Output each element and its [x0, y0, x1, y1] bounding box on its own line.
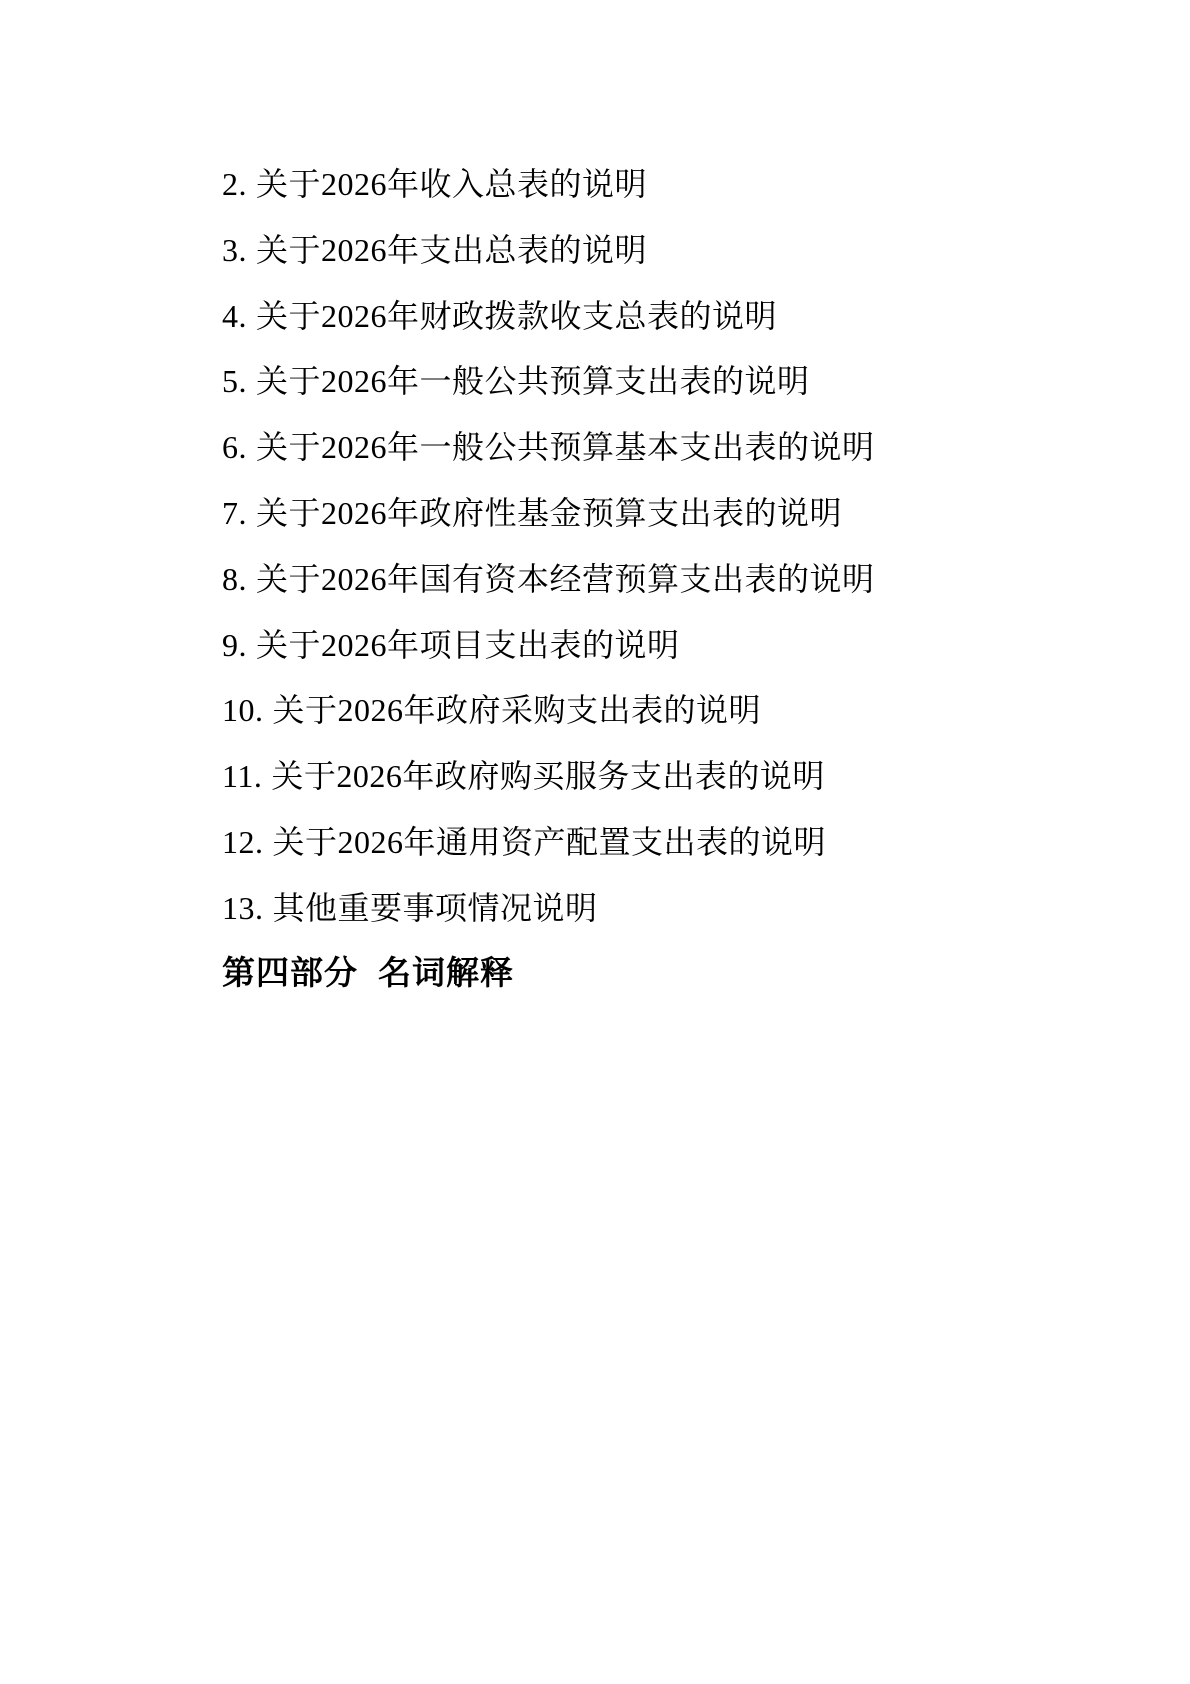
section-heading-part: 第四部分 — [222, 956, 358, 992]
toc-item-number: 6. — [222, 415, 247, 481]
toc-content: 2.关于2026年收入总表的说明 3.关于2026年支出总表的说明 4.关于20… — [222, 152, 1130, 1007]
toc-item-number: 11. — [222, 744, 262, 810]
toc-item-number: 12. — [222, 810, 264, 876]
toc-item-number: 7. — [222, 481, 247, 547]
toc-item-label: 关于2026年政府性基金预算支出表的说明 — [256, 481, 842, 547]
toc-item: 8.关于2026年国有资本经营预算支出表的说明 — [222, 547, 1130, 613]
toc-item-label: 关于2026年项目支出表的说明 — [256, 613, 680, 679]
document-page: 2.关于2026年收入总表的说明 3.关于2026年支出总表的说明 4.关于20… — [0, 0, 1190, 1684]
toc-item-label: 关于2026年一般公共预算基本支出表的说明 — [256, 415, 875, 481]
toc-item-label: 关于2026年国有资本经营预算支出表的说明 — [256, 547, 875, 613]
toc-item: 3.关于2026年支出总表的说明 — [222, 218, 1130, 284]
toc-item-number: 13. — [222, 876, 264, 942]
toc-item-label: 关于2026年支出总表的说明 — [256, 218, 647, 284]
toc-item-number: 9. — [222, 613, 247, 679]
toc-item-label: 关于2026年财政拨款收支总表的说明 — [256, 284, 777, 350]
toc-item-number: 8. — [222, 547, 247, 613]
toc-item: 12.关于2026年通用资产配置支出表的说明 — [222, 810, 1130, 876]
toc-item: 10.关于2026年政府采购支出表的说明 — [222, 678, 1130, 744]
toc-item: 11.关于2026年政府购买服务支出表的说明 — [222, 744, 1130, 810]
toc-item-number: 5. — [222, 349, 247, 415]
toc-item-number: 3. — [222, 218, 247, 284]
toc-item-label: 关于2026年一般公共预算支出表的说明 — [256, 349, 810, 415]
toc-item: 6.关于2026年一般公共预算基本支出表的说明 — [222, 415, 1130, 481]
toc-item-number: 2. — [222, 152, 247, 218]
section-heading-title: 名词解释 — [378, 942, 514, 1008]
toc-item: 13.其他重要事项情况说明 — [222, 876, 1130, 942]
toc-item-label: 关于2026年政府购买服务支出表的说明 — [271, 744, 825, 810]
toc-item-label: 其他重要事项情况说明 — [273, 876, 598, 942]
toc-item-label: 关于2026年政府采购支出表的说明 — [273, 678, 762, 744]
toc-item: 7.关于2026年政府性基金预算支出表的说明 — [222, 481, 1130, 547]
toc-item-number: 10. — [222, 678, 264, 744]
section-heading: 第四部分名词解释 — [222, 942, 1130, 1008]
toc-item-label: 关于2026年收入总表的说明 — [256, 152, 647, 218]
toc-item-number: 4. — [222, 284, 247, 350]
toc-item: 5.关于2026年一般公共预算支出表的说明 — [222, 349, 1130, 415]
toc-item: 4.关于2026年财政拨款收支总表的说明 — [222, 284, 1130, 350]
toc-item: 2.关于2026年收入总表的说明 — [222, 152, 1130, 218]
toc-item-label: 关于2026年通用资产配置支出表的说明 — [273, 810, 827, 876]
toc-item: 9.关于2026年项目支出表的说明 — [222, 613, 1130, 679]
